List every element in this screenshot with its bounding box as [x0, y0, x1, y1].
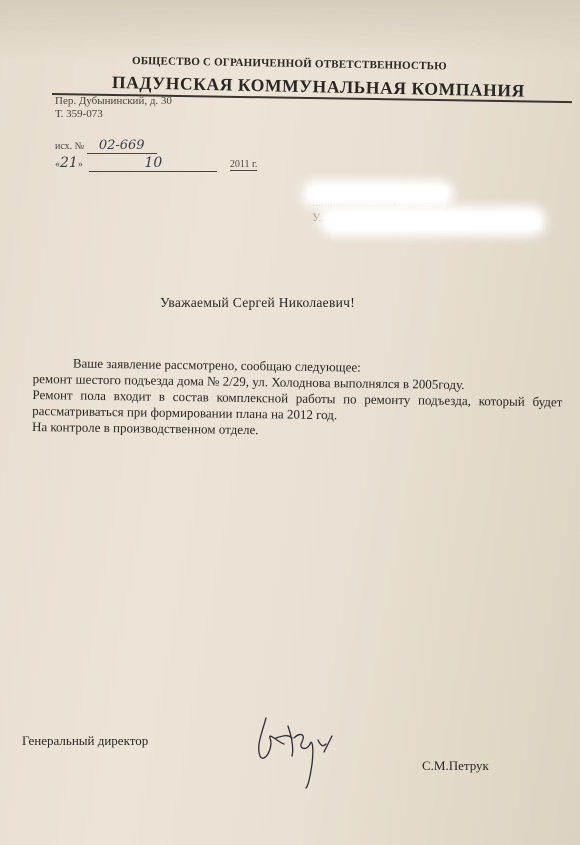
date-year: 2011 г.	[230, 159, 258, 171]
letter-body: Ваше заявление рассмотрено, сообщаю след…	[32, 355, 563, 442]
greeting: Уважаемый Сергей Николаевич!	[160, 295, 355, 311]
reference-label: исх. №	[55, 141, 84, 152]
company-address: Пер. Дубынинский, д. 30	[55, 95, 172, 108]
company-phone: Т. 359-073	[55, 108, 172, 121]
date-month: 10	[144, 155, 162, 171]
company-contacts: Пер. Дубынинский, д. 30 Т. 359-073	[55, 95, 172, 121]
date-day: 21	[60, 155, 78, 171]
signatory-name: С.М.Петрук	[422, 758, 489, 774]
handwritten-signature	[248, 708, 343, 793]
redaction-mark	[325, 212, 540, 230]
signatory-title: Генеральный директор	[22, 733, 148, 749]
reference-number: 02-669	[99, 138, 145, 153]
letter-date: «21» 10 2011 г.	[55, 155, 257, 172]
letter-page: ОБЩЕСТВО С ОГРАНИЧЕННОЙ ОТВЕТСТВЕННОСТЬЮ…	[0, 0, 580, 845]
outgoing-reference: исх. № 02-669	[55, 138, 157, 154]
org-type-heading: ОБЩЕСТВО С ОГРАНИЧЕННОЙ ОТВЕТСТВЕННОСТЬЮ	[132, 55, 447, 72]
redaction-mark	[308, 186, 448, 202]
